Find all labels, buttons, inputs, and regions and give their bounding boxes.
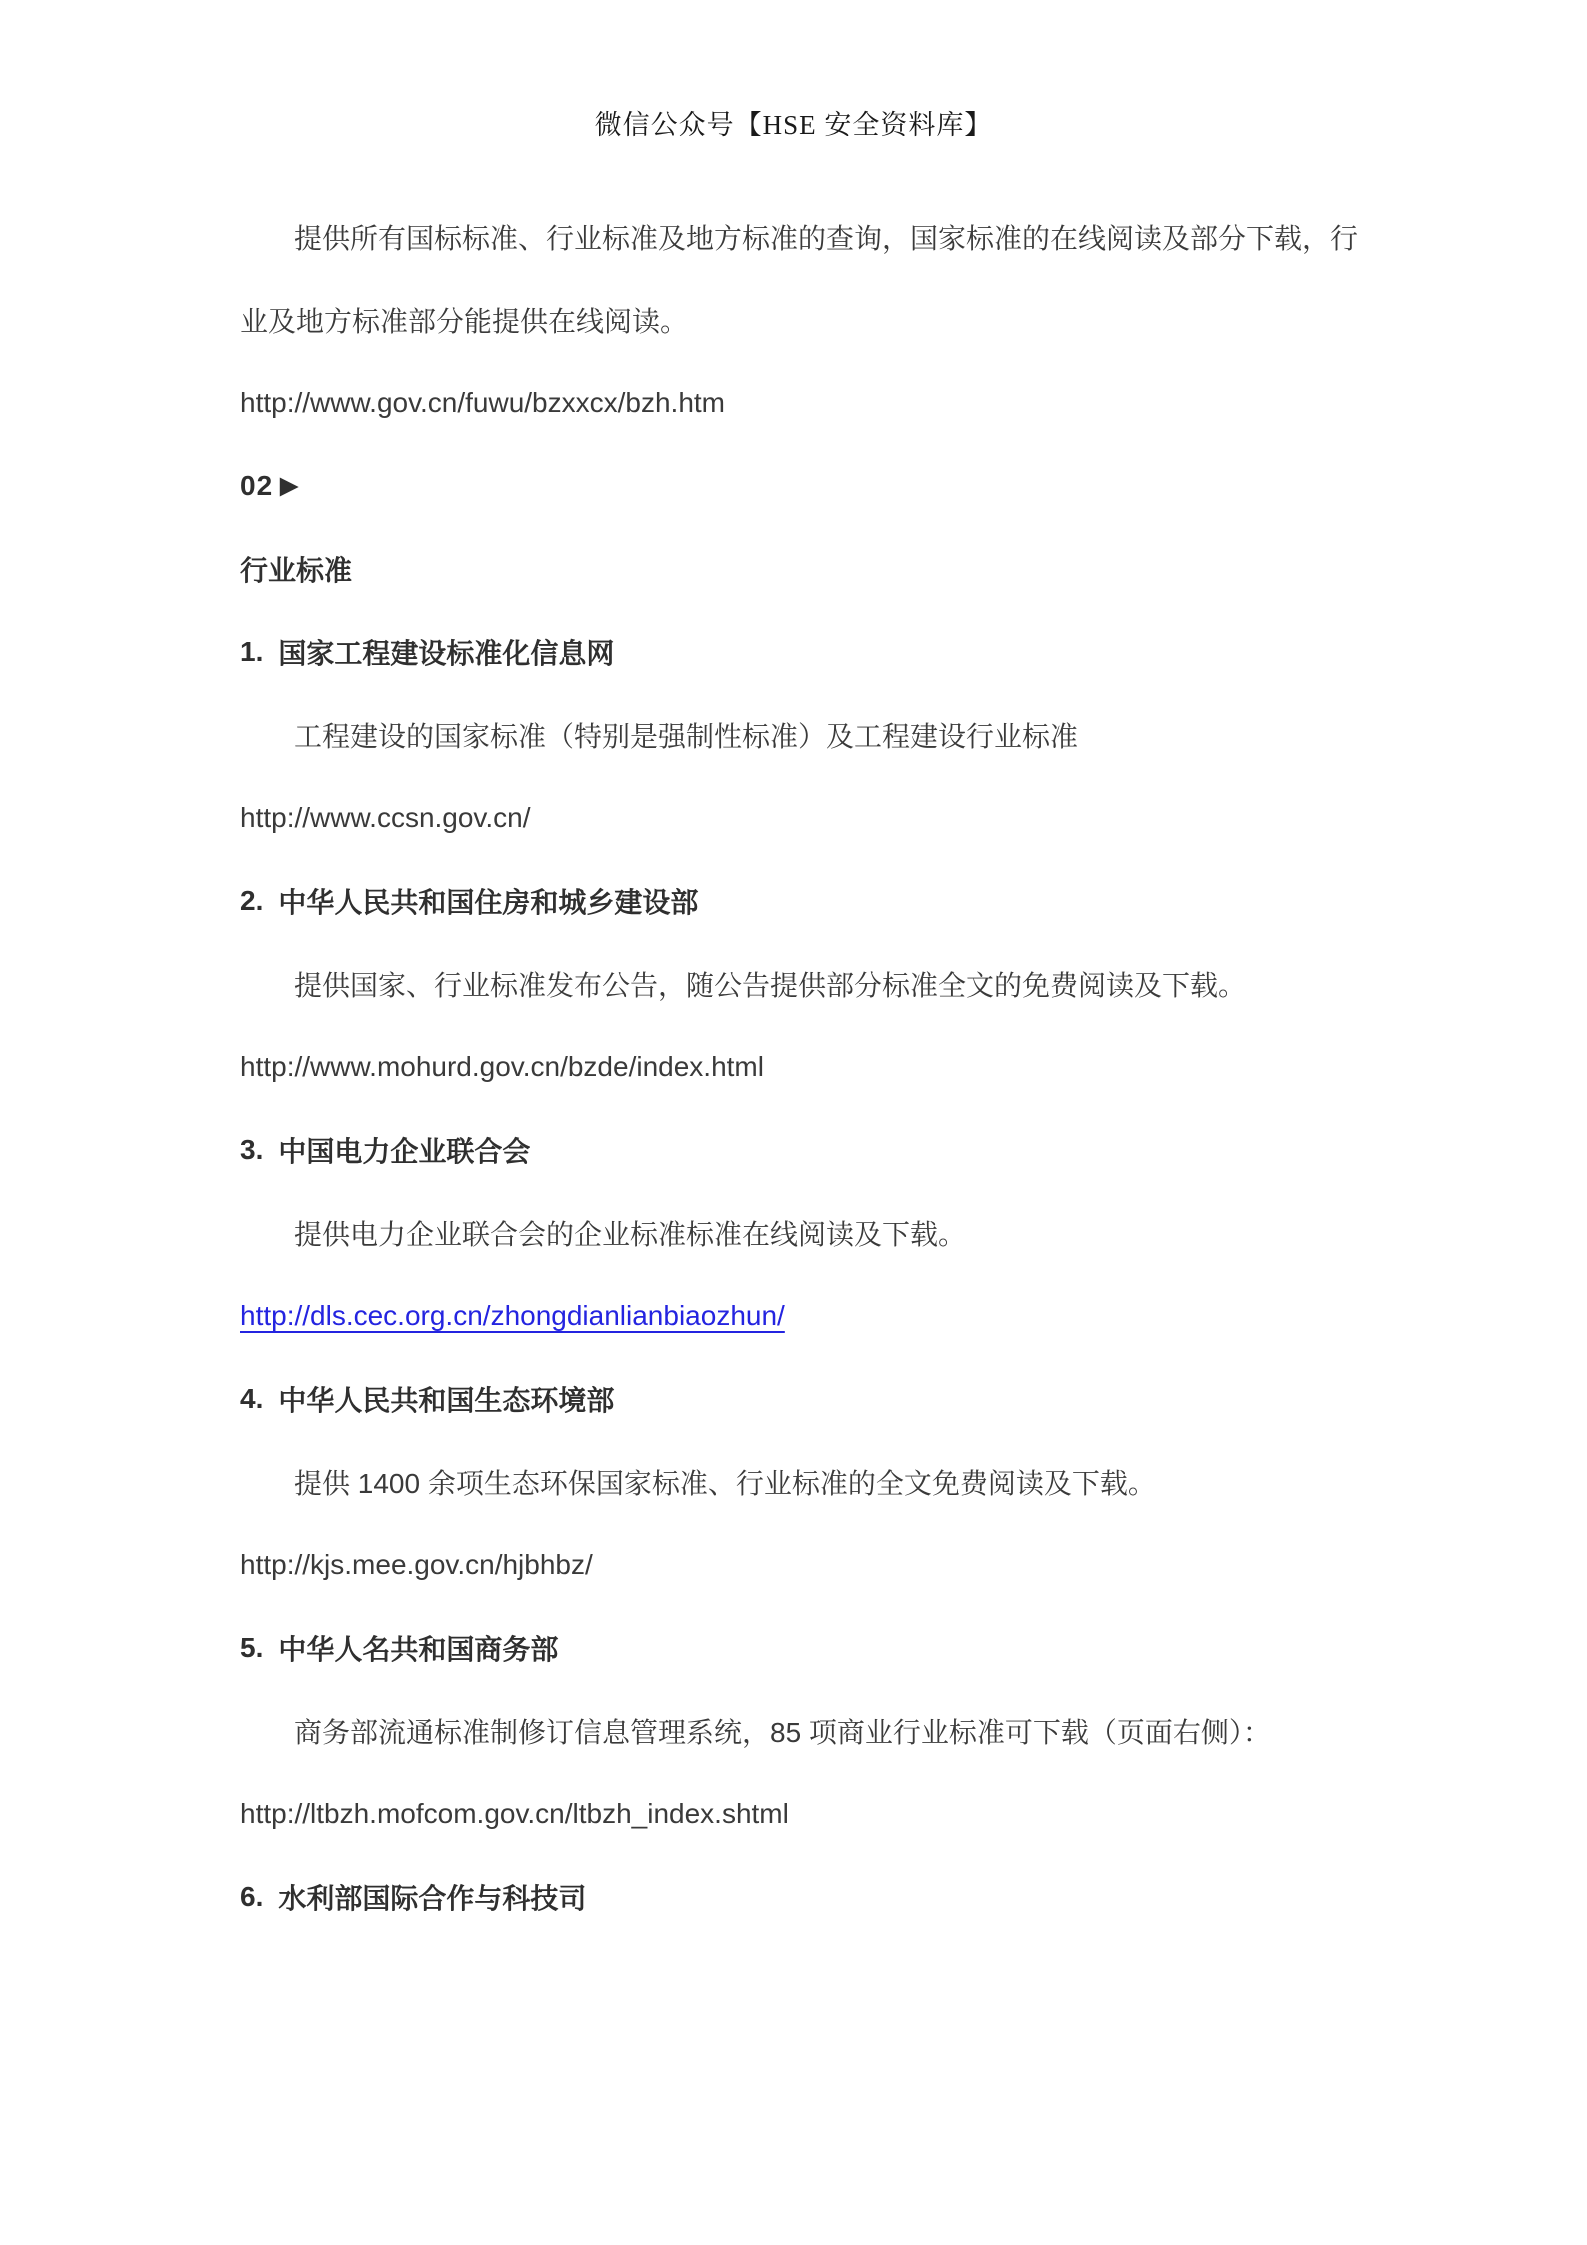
item-6-heading-title: 水利部国际合作与科技司	[278, 1877, 586, 1917]
item-2-heading-number: 2.	[240, 885, 263, 917]
section-number: 02	[240, 470, 273, 502]
item-6-heading-number: 6.	[240, 1881, 263, 1913]
url-mohurd-text: http://www.mohurd.gov.cn/bzde/index.html	[240, 1051, 764, 1083]
url-mofcom-text: http://ltbzh.mofcom.gov.cn/ltbzh_index.s…	[240, 1798, 789, 1830]
document-body: 提供所有国标标准、行业标准及地方标准的查询，国家标准的在线阅读及部分下载，行业及…	[240, 195, 1387, 1938]
item-5-description-text: 商务部流通标准制修订信息管理系统，85 项商业行业标准可下载（页面右侧）：	[294, 1711, 1271, 1751]
url-ccsn: http://www.ccsn.gov.cn/	[240, 776, 1387, 859]
item-4-heading: 4.中华人民共和国生态环境部	[240, 1357, 1387, 1440]
url-gov-standards-text: http://www.gov.cn/fuwu/bzxxcx/bzh.htm	[240, 387, 725, 419]
item-2-description: 提供国家、行业标准发布公告，随公告提供部分标准全文的免费阅读及下载。	[240, 942, 1387, 1025]
intro-line-1: 提供所有国标标准、行业标准及地方标准的查询，国家标准的在线阅读及部分下载，行	[240, 195, 1387, 278]
item-3-description: 提供电力企业联合会的企业标准标准在线阅读及下载。	[240, 1191, 1387, 1274]
url-mofcom: http://ltbzh.mofcom.gov.cn/ltbzh_index.s…	[240, 1772, 1387, 1855]
item-5-heading-title: 中华人名共和国商务部	[278, 1628, 558, 1668]
section-title-industry-standards: 行业标准	[240, 527, 1387, 610]
item-1-description: 工程建设的国家标准（特别是强制性标准）及工程建设行业标准	[240, 693, 1387, 776]
item-1-heading-title: 国家工程建设标准化信息网	[278, 632, 614, 672]
item-4-description: 提供 1400 余项生态环保国家标准、行业标准的全文免费阅读及下载。	[240, 1440, 1387, 1523]
document-page: 微信公众号【HSE 安全资料库】 提供所有国标标准、行业标准及地方标准的查询，国…	[0, 0, 1587, 2245]
item-4-heading-title: 中华人民共和国生态环境部	[278, 1379, 614, 1419]
item-1-description-text: 工程建设的国家标准（特别是强制性标准）及工程建设行业标准	[294, 715, 1078, 755]
intro-line-1-text: 提供所有国标标准、行业标准及地方标准的查询，国家标准的在线阅读及部分下载，行	[294, 217, 1358, 257]
play-triangle-icon: ▶	[280, 472, 298, 499]
item-2-description-text: 提供国家、行业标准发布公告，随公告提供部分标准全文的免费阅读及下载。	[294, 964, 1246, 1004]
item-6-heading: 6.水利部国际合作与科技司	[240, 1855, 1387, 1938]
item-1-heading-number: 1.	[240, 636, 263, 668]
section-title-industry-standards-text: 行业标准	[240, 549, 352, 589]
item-3-heading: 3.中国电力企业联合会	[240, 1108, 1387, 1191]
page-header: 微信公众号【HSE 安全资料库】	[0, 110, 1587, 141]
item-2-heading-title: 中华人民共和国住房和城乡建设部	[278, 881, 698, 921]
item-4-description-text: 提供 1400 余项生态环保国家标准、行业标准的全文免费阅读及下载。	[294, 1462, 1156, 1502]
url-mohurd: http://www.mohurd.gov.cn/bzde/index.html	[240, 1025, 1387, 1108]
url-mee-text: http://kjs.mee.gov.cn/hjbhbz/	[240, 1549, 593, 1581]
item-5-description: 商务部流通标准制修订信息管理系统，85 项商业行业标准可下载（页面右侧）：	[240, 1689, 1387, 1772]
item-3-description-text: 提供电力企业联合会的企业标准标准在线阅读及下载。	[294, 1213, 966, 1253]
item-1-heading: 1.国家工程建设标准化信息网	[240, 610, 1387, 693]
url-ccsn-text: http://www.ccsn.gov.cn/	[240, 802, 531, 834]
item-3-heading-number: 3.	[240, 1134, 263, 1166]
item-5-heading: 5.中华人名共和国商务部	[240, 1606, 1387, 1689]
intro-line-2-text: 业及地方标准部分能提供在线阅读。	[240, 300, 688, 340]
url-gov-standards: http://www.gov.cn/fuwu/bzxxcx/bzh.htm	[240, 361, 1387, 444]
item-4-heading-number: 4.	[240, 1383, 263, 1415]
item-2-heading: 2.中华人民共和国住房和城乡建设部	[240, 859, 1387, 942]
url-mee: http://kjs.mee.gov.cn/hjbhbz/	[240, 1523, 1387, 1606]
item-5-heading-number: 5.	[240, 1632, 263, 1664]
intro-line-2: 业及地方标准部分能提供在线阅读。	[240, 278, 1387, 361]
link-cec[interactable]: http://dls.cec.org.cn/zhongdianlianbiaoz…	[240, 1274, 1387, 1357]
section-02-marker: 02▶	[240, 444, 1387, 527]
item-3-heading-title: 中国电力企业联合会	[278, 1130, 530, 1170]
link-cec-text[interactable]: http://dls.cec.org.cn/zhongdianlianbiaoz…	[240, 1300, 785, 1332]
